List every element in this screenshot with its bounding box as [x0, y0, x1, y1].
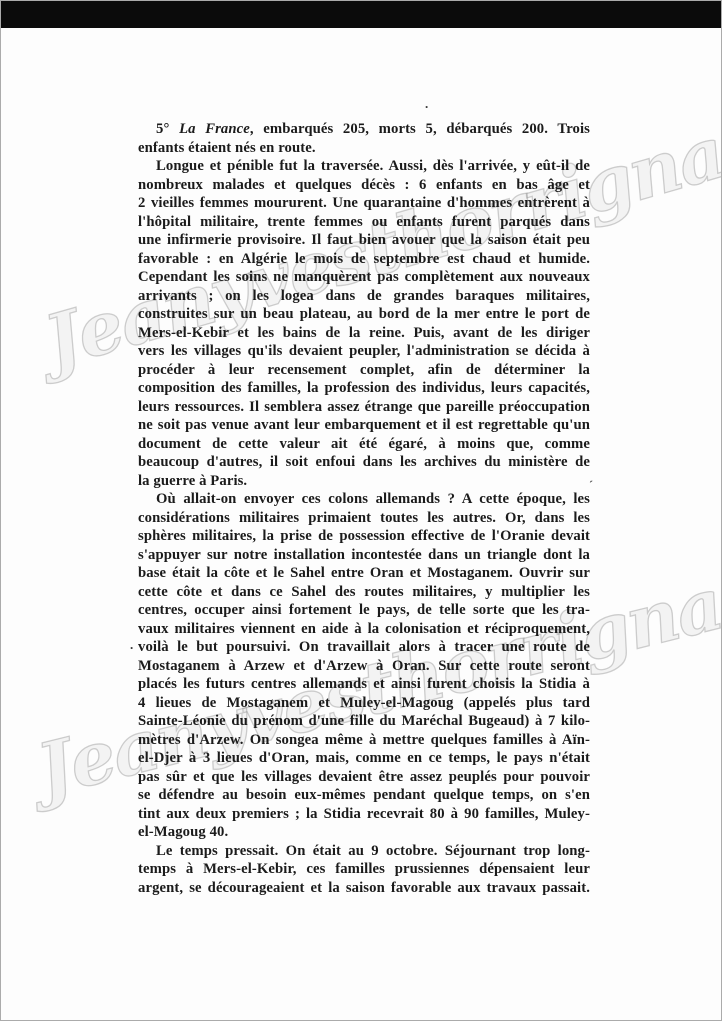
scan-speck: .: [425, 101, 428, 107]
text-line: 5° La France, embarqués 205, morts 5, dé…: [138, 120, 590, 139]
text-line: se défendre au besoin eux-mêmes pendant …: [138, 786, 590, 805]
text-line: document de cette valeur ait été égaré, …: [138, 435, 590, 454]
text-line: ne soit pas venue avant leur embarquemen…: [138, 416, 590, 435]
text-line: Longue et pénible fut la traversée. Auss…: [138, 157, 590, 176]
text-line: la guerre à Paris.: [138, 472, 590, 491]
text-line: placés les futurs centres allemands et a…: [138, 675, 590, 694]
text-line: vaux militaires viennent en aide à la co…: [138, 620, 590, 639]
text-line: considérations militaires primaient tout…: [138, 509, 590, 528]
text-line: une infirmerie provisoire. Il faut bien …: [138, 231, 590, 250]
top-black-bar: [1, 1, 722, 28]
text-line: centres, occuper ainsi fortement le pays…: [138, 601, 590, 620]
text-line: Cependant les soins ne manquèrent pas co…: [138, 268, 590, 287]
text-line: Le temps pressait. On était au 9 octobre…: [138, 842, 590, 861]
text-line: leurs ressources. Il semblera assez étra…: [138, 398, 590, 417]
text-line: procéder à leur recensement complet, afi…: [138, 361, 590, 380]
text-segment: 5°: [156, 121, 179, 137]
text-line: vers les villages qu'ils devaient peuple…: [138, 342, 590, 361]
text-line: Mers-el-Kebir et les bains de la reine. …: [138, 324, 590, 343]
text-line: el-Magoug 40.: [138, 823, 590, 842]
text-line: enfants étaient nés en route.: [138, 139, 590, 158]
text-line: el-Djer à 3 lieues d'Oran, mais, comme e…: [138, 749, 590, 768]
scan-speck: ´: [589, 482, 593, 488]
text-line: 4 lieues de Mostaganem et Muley-el-Magou…: [138, 694, 590, 713]
text-line: l'hôpital militaire, trente femmes ou en…: [138, 213, 590, 232]
text-segment: , embarqués 205, morts 5, débarqués 200.…: [250, 121, 590, 137]
text-line: construites sur un beau plateau, au bord…: [138, 305, 590, 324]
italic-ship-name: La France: [179, 121, 250, 137]
text-line: temps à Mers-el-Kebir, ces familles prus…: [138, 860, 590, 879]
text-line: tint aux deux premiers ; la Stidia recev…: [138, 805, 590, 824]
text-line: cette côte et dans ce Sahel des routes m…: [138, 583, 590, 602]
paragraph: 5° La France, embarqués 205, morts 5, dé…: [138, 120, 590, 157]
text-line: Où allait-on envoyer ces colons allemand…: [138, 490, 590, 509]
scan-speck: .: [130, 642, 133, 648]
text-line: beaucoup d'autres, il soit enfoui dans l…: [138, 453, 590, 472]
text-line: Sainte-Léonie du prénom d'une fille du M…: [138, 712, 590, 731]
text-line: 2 vieilles femmes moururent. Une quarant…: [138, 194, 590, 213]
paragraph: Le temps pressait. On était au 9 octobre…: [138, 842, 590, 898]
text-line: favorable : en Algérie le mois de septem…: [138, 250, 590, 269]
text-line: Mostaganem à Arzew et d'Arzew à Oran. Su…: [138, 657, 590, 676]
text-line: s'appuyer sur notre installation inconte…: [138, 546, 590, 565]
text-line: nombreux malades et quelques décès : 6 e…: [138, 176, 590, 195]
text-line: mètres d'Arzew. On songea même à mettre …: [138, 731, 590, 750]
page-text-block: 5° La France, embarqués 205, morts 5, dé…: [138, 120, 590, 897]
text-line: arrivants ; on les logea dans de grandes…: [138, 287, 590, 306]
text-line: composition des familles, la profession …: [138, 379, 590, 398]
scanned-book-page: Jeanyvesthorrignac.fr Jeanyvesthorrignac…: [0, 0, 722, 1021]
paragraph: Où allait-on envoyer ces colons allemand…: [138, 490, 590, 842]
text-line: voilà le but poursuivi. On travaillait a…: [138, 638, 590, 657]
text-line: argent, se décourageaient et la saison f…: [138, 879, 590, 898]
text-line: base était la côte et le Sahel entre Ora…: [138, 564, 590, 583]
paragraph: Longue et pénible fut la traversée. Auss…: [138, 157, 590, 490]
text-line: sphères militaires, la prise de possessi…: [138, 527, 590, 546]
text-line: pas sûr et que les villages devaient êtr…: [138, 768, 590, 787]
